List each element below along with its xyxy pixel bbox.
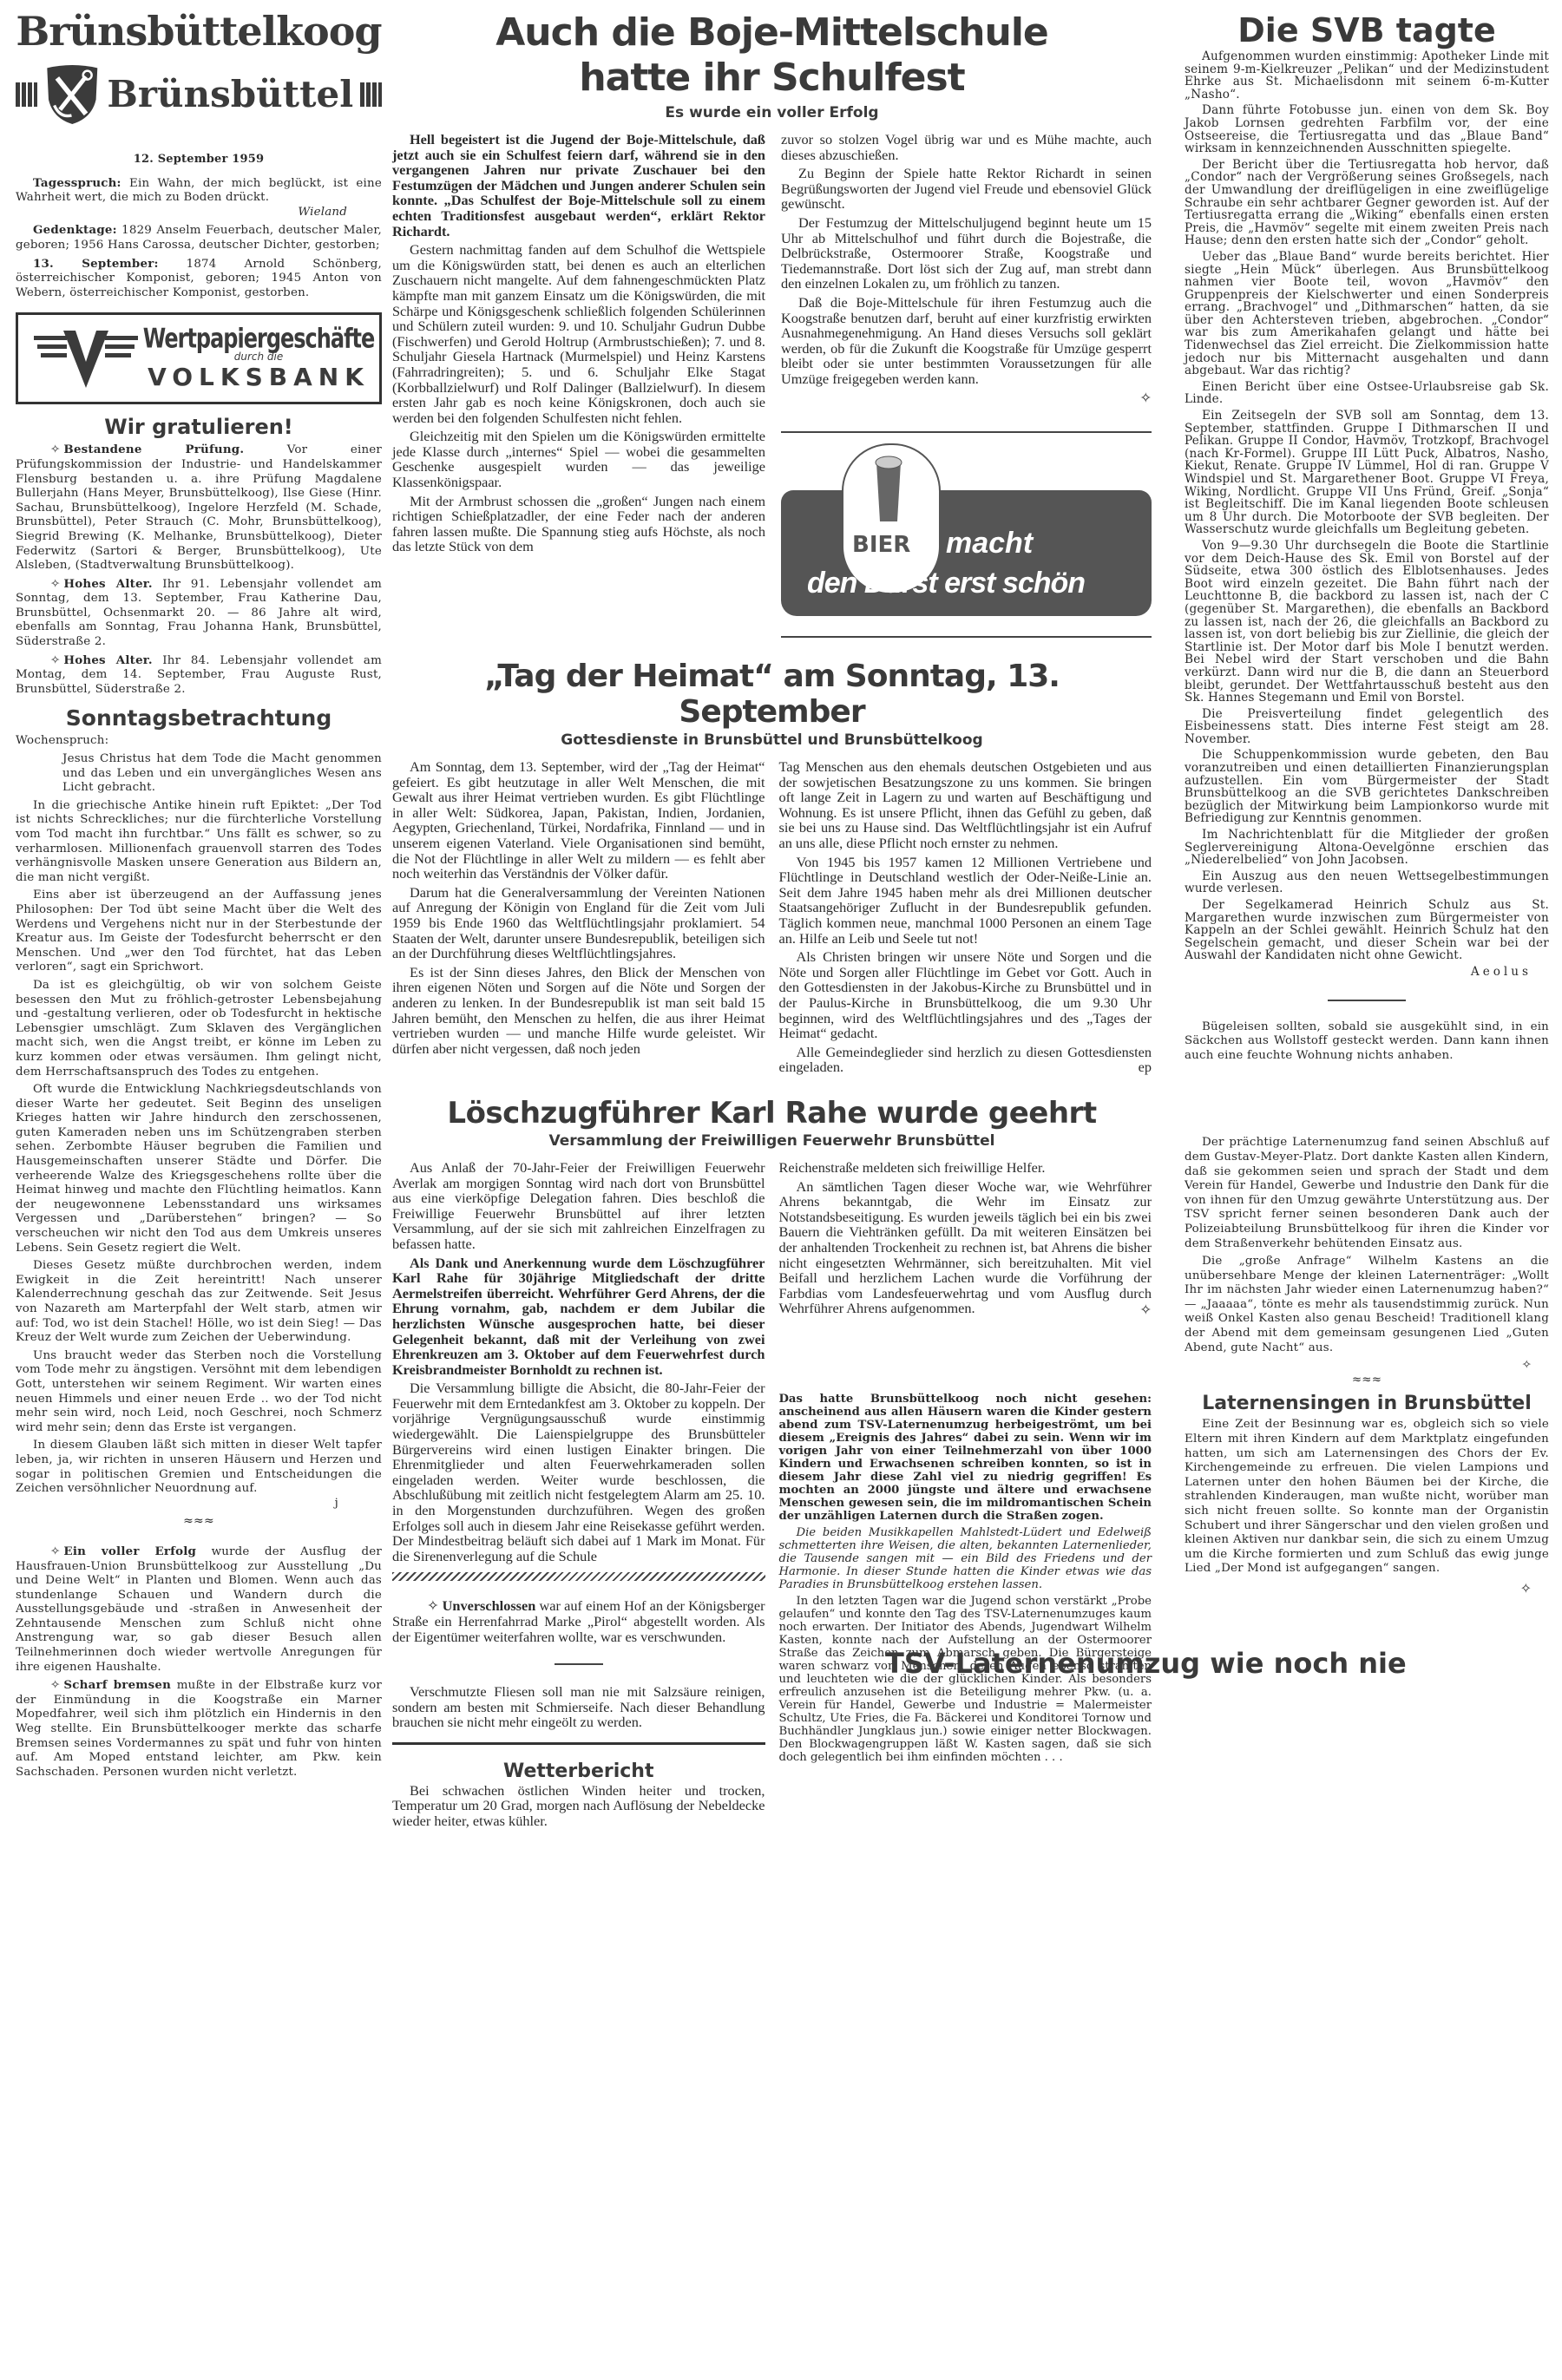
gratulieren-list: ✧Bestandene Prüfung. Vor einer Prüfungsk… — [16, 443, 382, 697]
tsv-headline: TSV-Laternenumzug wie noch nie — [885, 1647, 1562, 1680]
gratulieren-item: ✧Hohes Alter. Ihr 91. Lebensjahr vollend… — [16, 577, 382, 650]
banner-left-icon — [16, 82, 37, 107]
wochenspruch: Jesus Christus hat dem Tode die Macht ge… — [16, 752, 382, 796]
divider — [392, 1742, 765, 1745]
short-divider — [1328, 1000, 1406, 1001]
right-column: Die SVB tagte Aufgenommen wurden einstim… — [1185, 10, 1549, 1597]
star-icon: ✧ — [33, 1679, 60, 1694]
laternensingen-heading: Laternensingen in Brunsbüttel — [1185, 1393, 1549, 1414]
volksbank-headline: Wertpapiergeschäfte — [138, 323, 379, 354]
masthead-title-2: Brünsbüttel — [107, 74, 353, 115]
sonntag-signature: j — [16, 1497, 382, 1511]
divider — [781, 431, 1152, 433]
star-icon: ✧ — [33, 654, 60, 669]
coat-of-arms-icon — [44, 57, 101, 132]
left-column: Brünsbüttelkoog Brünsbüttel 12. Septembe… — [16, 9, 382, 1783]
tagesspruch-author: Wieland — [16, 206, 382, 220]
tsv-col-2: Der prächtige Laternenumzug fand seinen … — [1185, 1136, 1549, 1387]
tipp-buegeleisen: Bügeleisen sollten, sobald sie ausgekühl… — [1185, 1020, 1549, 1064]
note-item: ✧Ein voller Erfolg wurde der Ausflug der… — [16, 1544, 382, 1675]
wave-ornament-icon: ≈≈≈ — [16, 1514, 382, 1529]
boje-headline-1: Auch die Boje-Mittelschule — [392, 10, 1152, 56]
bier-ad: BIER macht den Durst erst schön — [781, 436, 1152, 636]
svb-signature: Aeolus — [1185, 966, 1549, 979]
note-item: ✧Scharf bremsen mußte in der Elbstraße k… — [16, 1678, 382, 1780]
sep13-label: 13. September: — [33, 257, 159, 271]
heimat-headline: „Tag der Heimat“ am Sonntag, 13. Septemb… — [392, 659, 1152, 730]
gratulieren-item: ✧Hohes Alter. Ihr 84. Lebensjahr vollend… — [16, 653, 382, 698]
svb-article: Aufgenommen wurden einstimmig: Apotheker… — [1185, 50, 1549, 979]
boje-subheadline: Es wurde ein voller Erfolg — [392, 104, 1152, 121]
boje-headline-2: hatte ihr Schulfest — [392, 56, 1152, 101]
laternensingen-text: Eine Zeit der Besinnung war es, obgleich… — [1185, 1418, 1549, 1577]
middle-column: Auch die Boje-Mittelschule hatte ihr Sch… — [392, 10, 1152, 1832]
beer-glass-icon — [871, 456, 906, 525]
short-divider — [555, 1663, 603, 1665]
wetter-heading: Wetterbericht — [392, 1764, 765, 1780]
rahe-article: Aus Anlaß der 70-Jahr-Feier der Freiwill… — [392, 1160, 1152, 1832]
wetter-text: Bei schwachen östlichen Winden heiter un… — [392, 1783, 765, 1829]
star-icon: ✧ — [33, 578, 60, 593]
star-icon: ✧ — [33, 443, 60, 458]
svb-headline: Die SVB tagte — [1185, 10, 1549, 50]
boje-col-2: zuvor so stolzen Vogel übrig war und es … — [781, 132, 1152, 405]
almanac: Tagesspruch: Ein Wahn, der mich beglückt… — [16, 176, 382, 301]
sonntag-heading: Sonntagsbetrachtung — [16, 705, 382, 731]
rahe-subheadline: Versammlung der Freiwilligen Feuerwehr B… — [392, 1132, 1152, 1150]
tipp-fliesen: Verschmutzte Fliesen soll man nie mit Sa… — [392, 1684, 765, 1730]
star-icon: ✧ — [781, 390, 1152, 406]
bier-line-2: den Durst erst schön — [807, 567, 1085, 600]
boje-lead: Hell begeistert ist die Jugend der Boje-… — [392, 132, 765, 239]
star-icon: ✧ — [1185, 1359, 1549, 1374]
rahe-bold-para: Als Dank und Anerkennung wurde dem Lösch… — [392, 1256, 765, 1378]
volksbank-logo-icon — [34, 324, 138, 393]
star-icon: ✧ — [33, 1545, 60, 1560]
masthead-title-1: Brünsbüttelkoog — [16, 9, 382, 54]
banner-right-icon — [360, 82, 382, 107]
heimat-article: Am Sonntag, dem 13. September, wird der … — [392, 759, 1152, 1079]
tsv-lead: Das hatte Brunsbüttelkoog noch nicht ges… — [779, 1393, 1152, 1523]
volksbank-ad: Wertpapiergeschäfte durch die VOLKSBANK — [16, 312, 382, 404]
volksbank-brand: VOLKSBANK — [138, 363, 379, 391]
wave-ornament-icon: ≈≈≈ — [1185, 1374, 1549, 1388]
star-icon: ✧ — [1185, 1580, 1549, 1597]
wochenspruch-label: Wochenspruch: — [16, 734, 382, 749]
wave-divider — [392, 1572, 765, 1581]
divider — [781, 636, 1152, 638]
tagesspruch-label: Tagesspruch: — [33, 176, 121, 190]
rahe-headline: Löschzugführer Karl Rahe wurde geehrt — [392, 1096, 1152, 1131]
boje-col-1: Hell begeistert ist die Jugend der Boje-… — [392, 132, 765, 638]
bier-line-1: macht — [946, 527, 1033, 561]
star-icon: ✧ — [410, 1598, 439, 1614]
sonntag-article: Wochenspruch: Jesus Christus hat dem Tod… — [16, 734, 382, 1528]
issue-date: 12. September 1959 — [16, 153, 382, 167]
gratulieren-heading: Wir gratulieren! — [16, 415, 382, 439]
masthead: Brünsbüttelkoog Brünsbüttel — [16, 9, 382, 139]
gedenktage-label: Gedenktage: — [33, 223, 117, 237]
local-notes: ✧Ein voller Erfolg wurde der Ausflug der… — [16, 1544, 382, 1780]
unverschlossen-note: ✧Unverschlossen war auf einem Hof an der… — [392, 1598, 765, 1644]
bier-badge: BIER — [852, 532, 910, 558]
heimat-subheadline: Gottesdienste in Brunsbüttel und Brunsbü… — [392, 731, 1152, 749]
heimat-signature: ep — [1121, 1059, 1152, 1075]
gratulieren-item: ✧Bestandene Prüfung. Vor einer Prüfungsk… — [16, 443, 382, 573]
